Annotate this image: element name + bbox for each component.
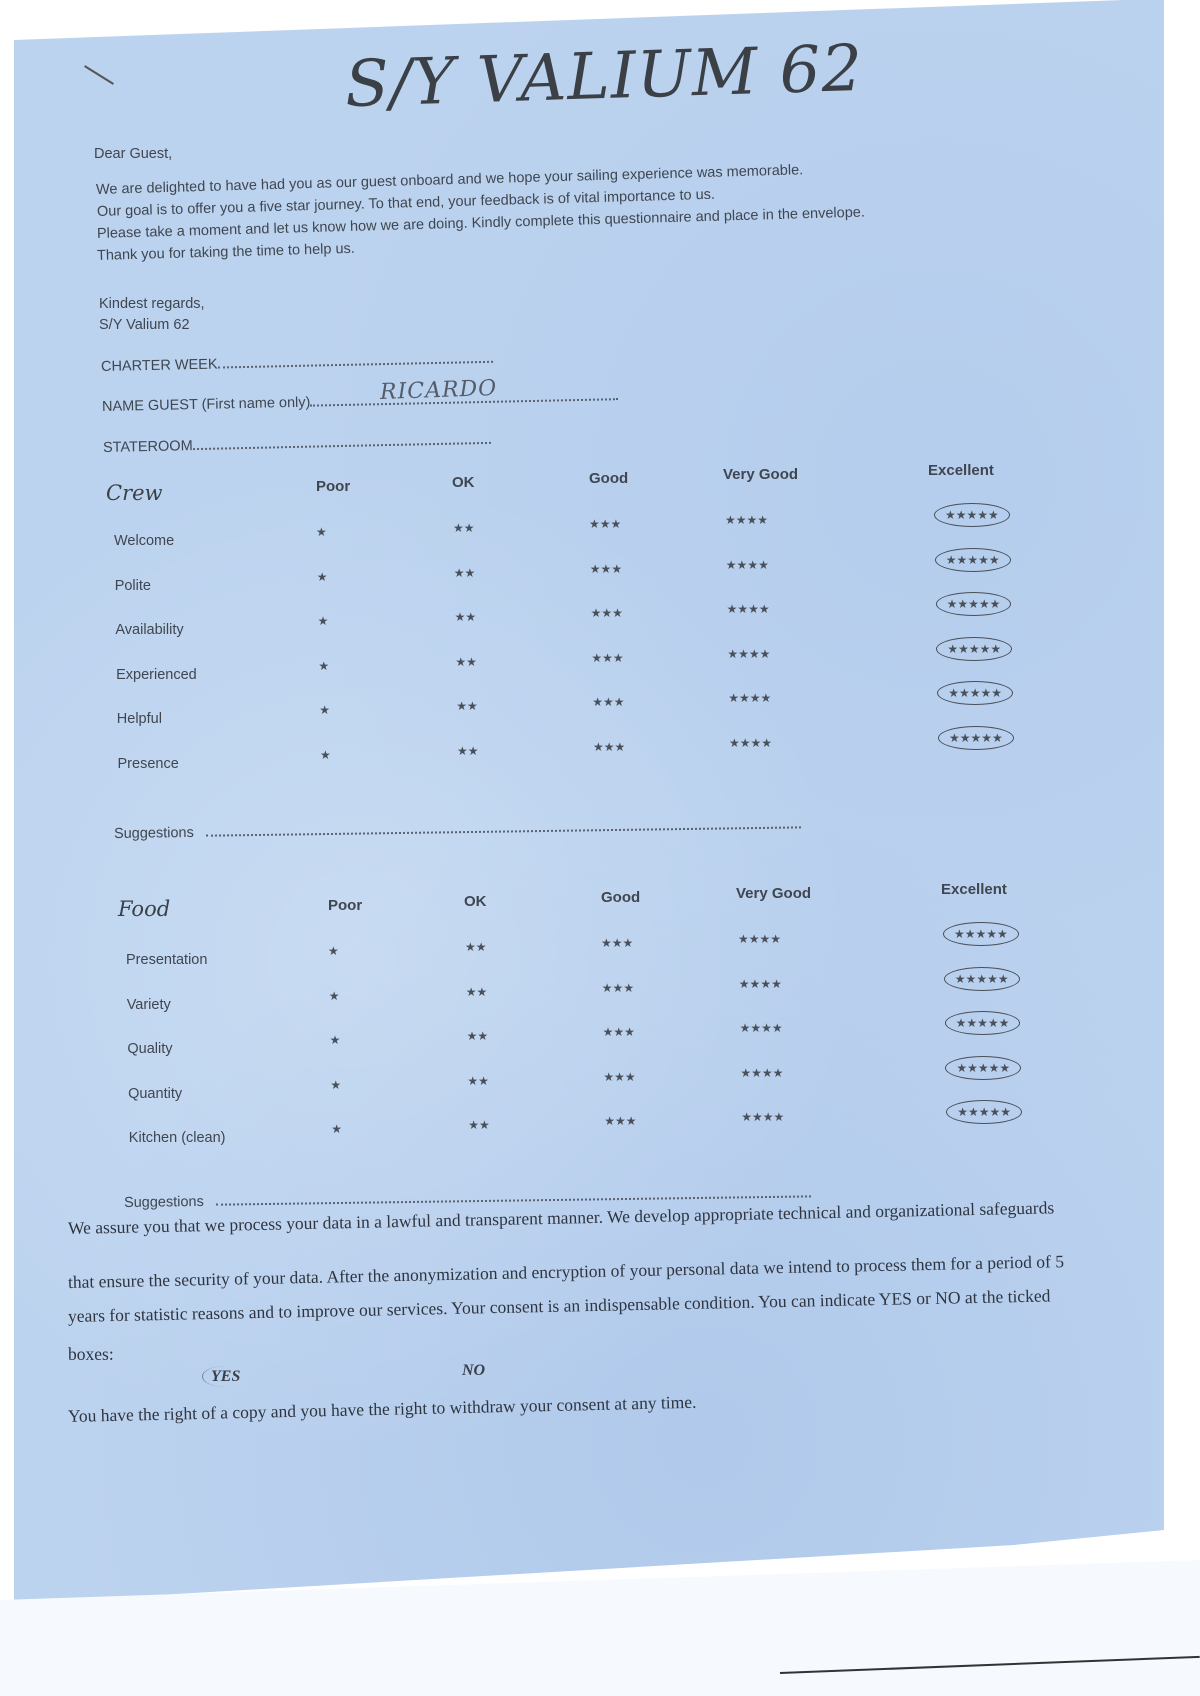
rating-option-poor[interactable]: ★	[320, 748, 331, 762]
rating-option-excellent[interactable]: ★★★★★	[936, 592, 1012, 616]
rating-option-ok[interactable]: ★★	[453, 521, 475, 535]
rating-row-label: Quantity	[128, 1086, 182, 1102]
column-header-poor: Poor	[328, 897, 362, 914]
rating-option-good[interactable]: ★★★	[590, 562, 622, 576]
rating-option-ok[interactable]: ★★	[457, 744, 479, 758]
rating-option-excellent[interactable]: ★★★★★	[936, 637, 1012, 661]
rating-option-ok[interactable]: ★★	[455, 610, 477, 624]
rating-option-poor[interactable]: ★	[318, 614, 329, 628]
rating-option-good[interactable]: ★★★	[601, 936, 633, 950]
rating-option-good[interactable]: ★★★	[589, 517, 621, 531]
rating-option-very-good[interactable]: ★★★★	[726, 558, 769, 572]
rating-row-label: Experienced	[116, 667, 197, 683]
consent-no-label: NO	[462, 1362, 485, 1379]
rating-option-excellent[interactable]: ★★★★★	[935, 548, 1011, 572]
rating-option-very-good[interactable]: ★★★★	[725, 513, 768, 527]
rating-option-good[interactable]: ★★★	[591, 606, 623, 620]
rating-option-good[interactable]: ★★★	[603, 1070, 635, 1084]
rating-option-ok[interactable]: ★★	[467, 1074, 489, 1088]
rating-option-good[interactable]: ★★★	[604, 1114, 636, 1128]
rating-row-label: Presentation	[126, 952, 207, 968]
rating-option-good[interactable]: ★★★	[602, 981, 634, 995]
rating-row-label: Kitchen (clean)	[129, 1130, 226, 1146]
rating-row-label: Welcome	[114, 533, 174, 549]
greeting: Dear Guest,	[94, 146, 172, 162]
stateroom-label: STATEROOM	[103, 438, 193, 456]
rating-option-very-good[interactable]: ★★★★	[740, 1066, 783, 1080]
rating-option-ok[interactable]: ★★	[468, 1118, 490, 1132]
closing: Kindest regards,	[99, 296, 205, 312]
privacy-line-4: boxes:	[68, 1344, 114, 1365]
rating-row-label: Polite	[115, 578, 151, 594]
rating-row-label: Availability	[115, 622, 183, 638]
column-header-ok: OK	[464, 893, 487, 910]
questionnaire-sheet	[14, 0, 1164, 1600]
rating-option-excellent[interactable]: ★★★★★	[937, 681, 1013, 705]
rating-option-poor[interactable]: ★	[330, 1033, 341, 1047]
rating-option-very-good[interactable]: ★★★★	[729, 736, 772, 750]
consent-yes-option[interactable]: YES	[202, 1368, 248, 1386]
rating-option-good[interactable]: ★★★	[603, 1025, 635, 1039]
food-suggestions-label: Suggestions	[124, 1194, 204, 1211]
rating-option-very-good[interactable]: ★★★★	[727, 602, 770, 616]
rating-option-poor[interactable]: ★	[329, 989, 340, 1003]
rating-option-excellent[interactable]: ★★★★★	[946, 1100, 1022, 1124]
rating-row-label: Variety	[127, 997, 171, 1013]
rating-option-excellent[interactable]: ★★★★★	[934, 503, 1010, 527]
rating-option-excellent[interactable]: ★★★★★	[945, 1011, 1021, 1035]
rating-option-poor[interactable]: ★	[331, 1122, 342, 1136]
rating-option-ok[interactable]: ★★	[456, 699, 478, 713]
rating-option-excellent[interactable]: ★★★★★	[943, 922, 1019, 946]
rating-option-good[interactable]: ★★★	[592, 695, 624, 709]
column-header-excellent: Excellent	[941, 881, 1007, 898]
guest-name-value: RICARDO	[380, 376, 498, 405]
rating-option-ok[interactable]: ★★	[467, 1029, 489, 1043]
food-section-title: Food	[118, 897, 170, 921]
column-header-very-good: Very Good	[723, 466, 798, 483]
rating-option-excellent[interactable]: ★★★★★	[938, 726, 1014, 750]
rating-option-poor[interactable]: ★	[318, 659, 329, 673]
rating-option-excellent[interactable]: ★★★★★	[944, 967, 1020, 991]
rating-option-poor[interactable]: ★	[328, 944, 339, 958]
crew-section-title: Crew	[106, 481, 163, 505]
rating-row-label: Presence	[118, 756, 179, 772]
rating-option-very-good[interactable]: ★★★★	[741, 1110, 784, 1124]
rating-option-poor[interactable]: ★	[330, 1078, 341, 1092]
rating-option-poor[interactable]: ★	[317, 570, 328, 584]
rating-option-very-good[interactable]: ★★★★	[738, 932, 781, 946]
rating-option-ok[interactable]: ★★	[465, 940, 487, 954]
column-header-poor: Poor	[316, 478, 350, 495]
rating-option-very-good[interactable]: ★★★★	[727, 647, 770, 661]
rating-row-label: Quality	[127, 1041, 172, 1057]
column-header-excellent: Excellent	[928, 462, 994, 479]
crew-suggestions-label: Suggestions	[114, 825, 194, 842]
signature: S/Y Valium 62	[99, 317, 190, 333]
rating-row-label: Helpful	[117, 711, 162, 727]
consent-yes-label: YES	[202, 1366, 248, 1387]
rating-option-very-good[interactable]: ★★★★	[739, 977, 782, 991]
rating-option-good[interactable]: ★★★	[593, 740, 625, 754]
rating-option-good[interactable]: ★★★	[591, 651, 623, 665]
rating-option-very-good[interactable]: ★★★★	[740, 1021, 783, 1035]
rating-option-very-good[interactable]: ★★★★	[728, 691, 771, 705]
rating-option-excellent[interactable]: ★★★★★	[945, 1056, 1021, 1080]
column-header-good: Good	[601, 889, 640, 906]
column-header-very-good: Very Good	[736, 885, 811, 902]
rating-option-ok[interactable]: ★★	[455, 655, 477, 669]
rating-option-poor[interactable]: ★	[319, 703, 330, 717]
column-header-good: Good	[589, 470, 628, 487]
charter-week-label: CHARTER WEEK	[101, 357, 218, 375]
rating-option-ok[interactable]: ★★	[466, 985, 488, 999]
rating-option-ok[interactable]: ★★	[454, 566, 476, 580]
consent-no-option[interactable]: NO	[462, 1362, 485, 1380]
rating-option-poor[interactable]: ★	[316, 525, 327, 539]
column-header-ok: OK	[452, 474, 475, 491]
